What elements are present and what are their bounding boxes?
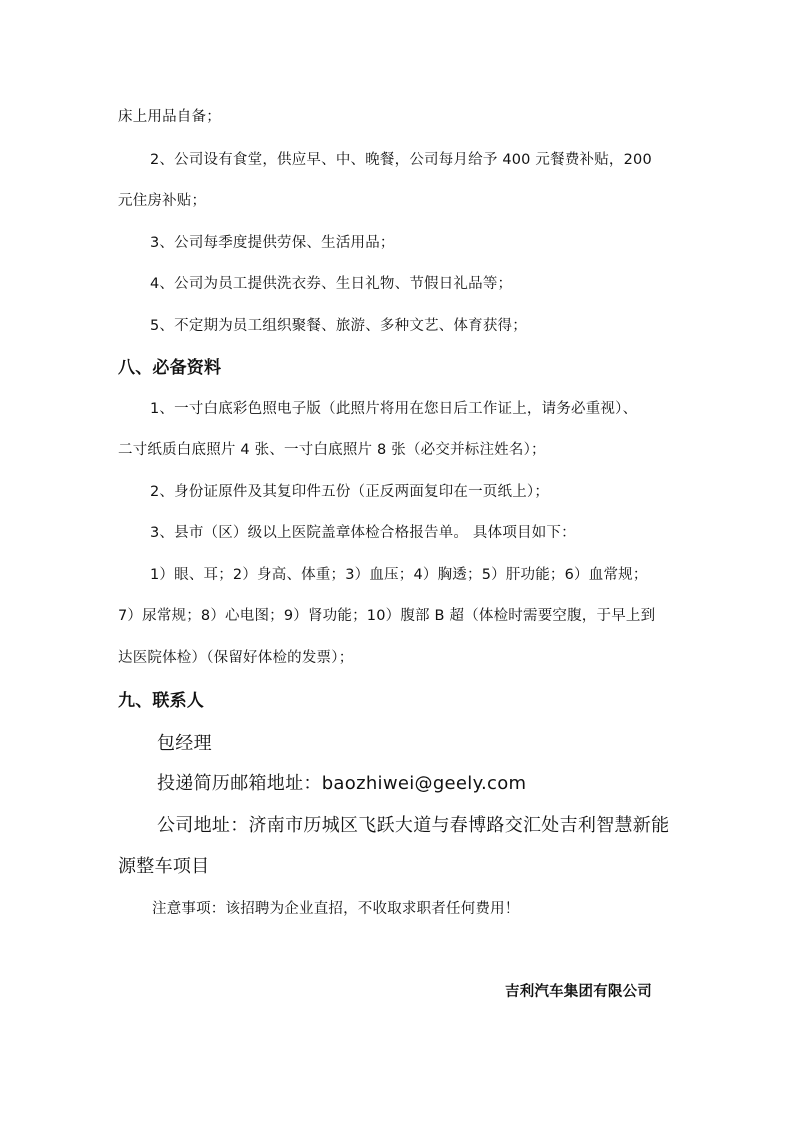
text-line: 床上用品自备；	[118, 107, 221, 127]
company-signature: 吉利汽车集团有限公司	[505, 982, 652, 1002]
contact-name: 包经理	[157, 732, 212, 756]
notice-text: 注意事项：该招聘为企业直招，不收取求职者任何费用！	[152, 899, 520, 919]
section-heading-contact: 九、联系人	[118, 690, 204, 712]
text-line: 1）眼、耳；2）身高、体重；3）血压；4）胸透；5）肝功能；6）血常规；	[150, 565, 648, 585]
text-line: 3、公司每季度提供劳保、生活用品；	[150, 233, 395, 253]
text-line: 二寸纸质白底照片 4 张、一寸白底照片 8 张（必交并标注姓名）；	[118, 440, 546, 460]
text-line: 元住房补贴；	[118, 191, 206, 211]
email-line[interactable]: 投递简历邮箱地址：baozhiwei@geely.com	[157, 772, 526, 796]
text-line: 4、公司为员工提供洗衣券、生日礼物、节假日礼品等；	[150, 274, 512, 294]
section-heading-required-documents: 八、必备资料	[118, 357, 221, 379]
text-line: 2、公司设有食堂，供应早、中、晚餐，公司每月给予 400 元餐费补贴，200	[150, 150, 652, 170]
text-line: 1、一寸白底彩色照电子版（此照片将用在您日后工作证上，请务必重视）、	[150, 399, 637, 419]
address-line: 公司地址：济南市历城区飞跃大道与春博路交汇处吉利智慧新能	[157, 814, 669, 838]
text-line: 达医院体检）（保留好体检的发票）；	[118, 648, 353, 668]
text-line: 7）尿常规；8）心电图；9）肾功能；10）腹部 B 超（体检时需要空腹，于早上到	[118, 606, 655, 626]
text-line: 2、身份证原件及其复印件五份（正反两面复印在一页纸上）；	[150, 482, 549, 502]
text-line: 5、不定期为员工组织聚餐、旅游、多种文艺、体育获得；	[150, 316, 527, 336]
text-line: 3、县市（区）级以上医院盖章体检合格报告单。 具体项目如下：	[150, 523, 576, 543]
address-line-continued: 源整车项目	[118, 855, 210, 879]
